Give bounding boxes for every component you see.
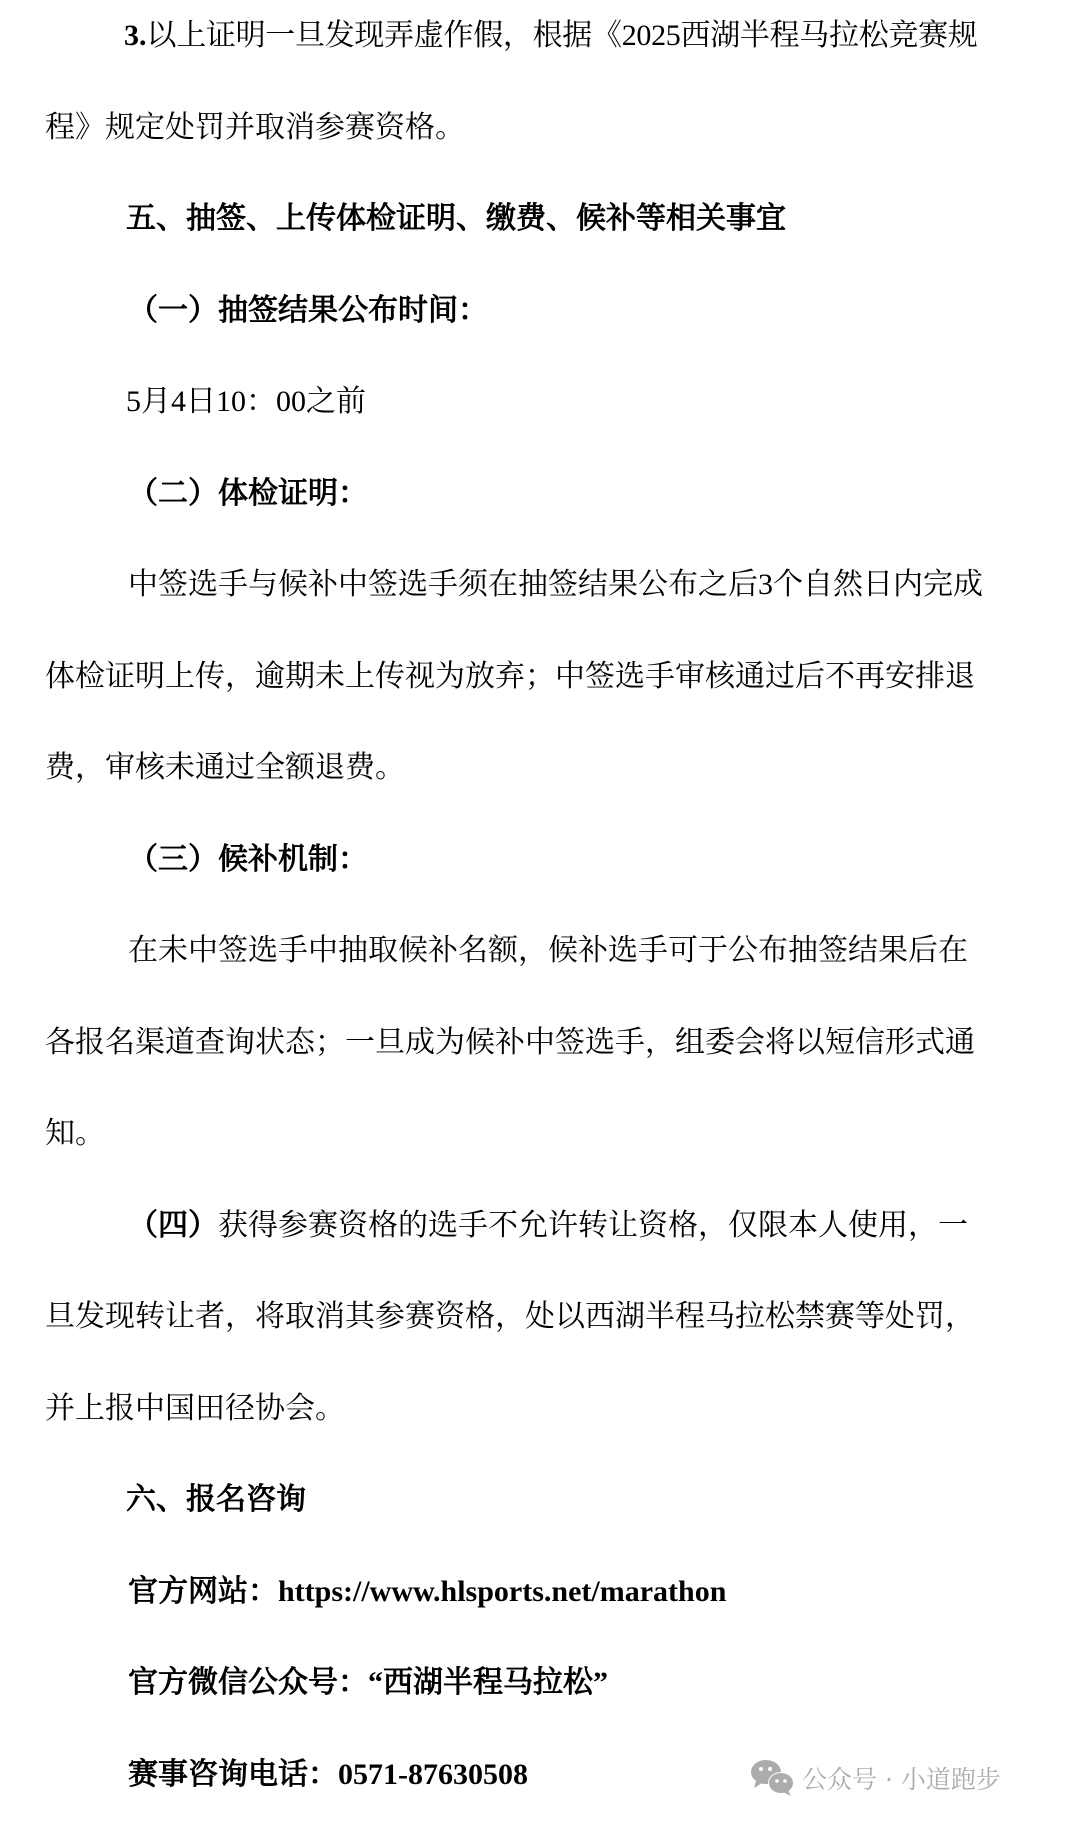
inquiry-phone: 赛事咨询电话：0571-87630508 [128,1755,528,1795]
paragraph-line: 旦发现转让者，将取消其参赛资格，处以西湖半程马拉松禁赛等处罚， [45,1297,975,1337]
line-text: 5月4日10：00之前 [126,385,366,418]
line-text: 在未中签选手中抽取候补名额，候补选手可于公布抽签结果后在 [128,934,968,967]
paragraph-line: 在未中签选手中抽取候补名额，候补选手可于公布抽签结果后在 [128,931,968,971]
line-text: 程》规定处罚并取消参赛资格。 [45,111,465,144]
official-website[interactable]: 官方网站：https://www.hlsports.net/marathon [128,1572,726,1612]
paragraph-line: 并上报中国田径协会。 [45,1389,345,1429]
paragraph-line: 程》规定处罚并取消参赛资格。 [45,108,465,148]
line-text: 获得参赛资格的选手不允许转让资格，仅限本人使用，一 [218,1209,968,1242]
heading-text: （一）抽签结果公布时间： [128,294,488,327]
official-wechat-account: 官方微信公众号：“西湖半程马拉松” [128,1663,608,1703]
section-heading-5: 五、抽签、上传体检证明、缴费、候补等相关事宜 [126,199,786,239]
heading-label: （四） [128,1209,218,1242]
section-heading-6: 六、报名咨询 [126,1480,306,1520]
paragraph-line: 3.以上证明一旦发现弄虚作假，根据《2025西湖半程马拉松竞赛规 [124,16,1014,56]
line-text: 各报名渠道查询状态；一旦成为候补中签选手，组委会将以短信形式通 [45,1026,975,1059]
line-text: 旦发现转让者，将取消其参赛资格，处以西湖半程马拉松禁赛等处罚， [45,1300,975,1333]
heading-text: 六、报名咨询 [126,1483,306,1516]
subsection-heading-3: （三）候补机制： [128,840,368,880]
subsection-heading-2: （二）体检证明： [128,474,368,514]
heading-text: 五、抽签、上传体检证明、缴费、候补等相关事宜 [126,202,786,235]
paragraph-line: 费，审核未通过全额退费。 [45,748,405,788]
watermark-text: 公众号 · 小道跑步 [802,1760,1001,1796]
subsection-heading-1: （一）抽签结果公布时间： [128,291,488,331]
document-page: 3.以上证明一旦发现弄虚作假，根据《2025西湖半程马拉松竞赛规 程》规定处罚并… [0,0,1080,1822]
paragraph-line: 中签选手与候补中签选手须在抽签结果公布之后3个自然日内完成 [128,565,983,605]
wechat-icon [750,1759,796,1797]
subsection-heading-4: （四）获得参赛资格的选手不允许转让资格，仅限本人使用，一 [128,1206,968,1246]
line-text: 费，审核未通过全额退费。 [45,751,405,784]
line-text: 中签选手与候补中签选手须在抽签结果公布之后3个自然日内完成 [128,568,983,601]
heading-text: （二）体检证明： [128,477,368,510]
draw-result-time: 5月4日10：00之前 [126,382,366,422]
line-text: 体检证明上传，逾期未上传视为放弃；中签选手审核通过后不再安排退 [45,660,975,693]
paragraph-line: 各报名渠道查询状态；一旦成为候补中签选手，组委会将以短信形式通 [45,1023,975,1063]
line-text: 知。 [45,1117,105,1150]
line-text: 以上证明一旦发现弄虚作假，根据《2025西湖半程马拉松竞赛规 [147,19,978,52]
website-link[interactable]: 官方网站：https://www.hlsports.net/marathon [128,1575,726,1608]
watermark: 公众号 · 小道跑步 [750,1758,1001,1798]
line-text: 赛事咨询电话：0571-87630508 [128,1758,528,1791]
list-number: 3. [124,19,147,52]
paragraph-line: 体检证明上传，逾期未上传视为放弃；中签选手审核通过后不再安排退 [45,657,975,697]
line-text: 官方微信公众号：“西湖半程马拉松” [128,1666,608,1699]
heading-text: （三）候补机制： [128,843,368,876]
line-text: 并上报中国田径协会。 [45,1392,345,1425]
paragraph-line: 知。 [45,1114,105,1154]
